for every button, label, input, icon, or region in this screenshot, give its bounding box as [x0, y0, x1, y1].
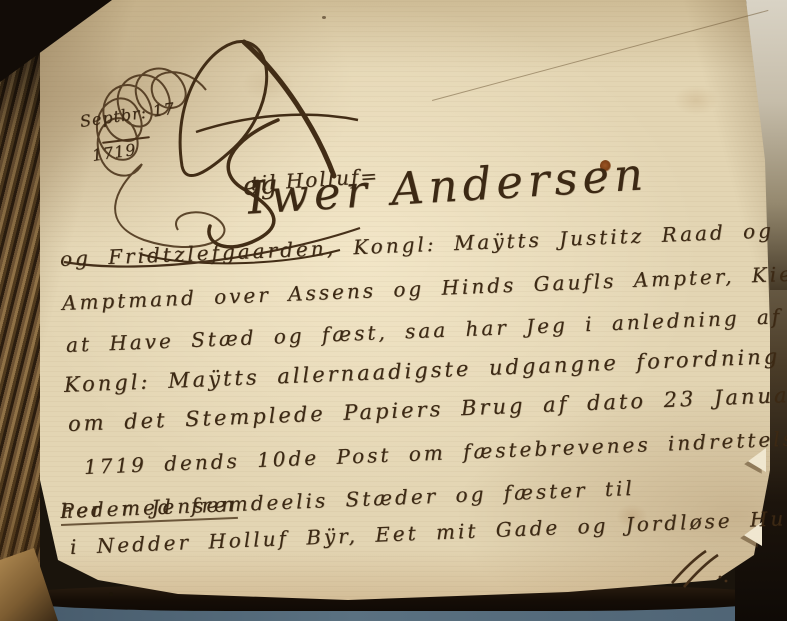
end-flourish-icon [660, 545, 730, 590]
spine-bottom-corner [0, 548, 58, 621]
manuscript-photo: Septbr: 17 1719 egIwer Andersentil Hollu… [0, 0, 787, 621]
ink-speck [322, 16, 326, 19]
ink-speck-bottom [109, 592, 113, 596]
spine-shadow [0, 0, 40, 621]
